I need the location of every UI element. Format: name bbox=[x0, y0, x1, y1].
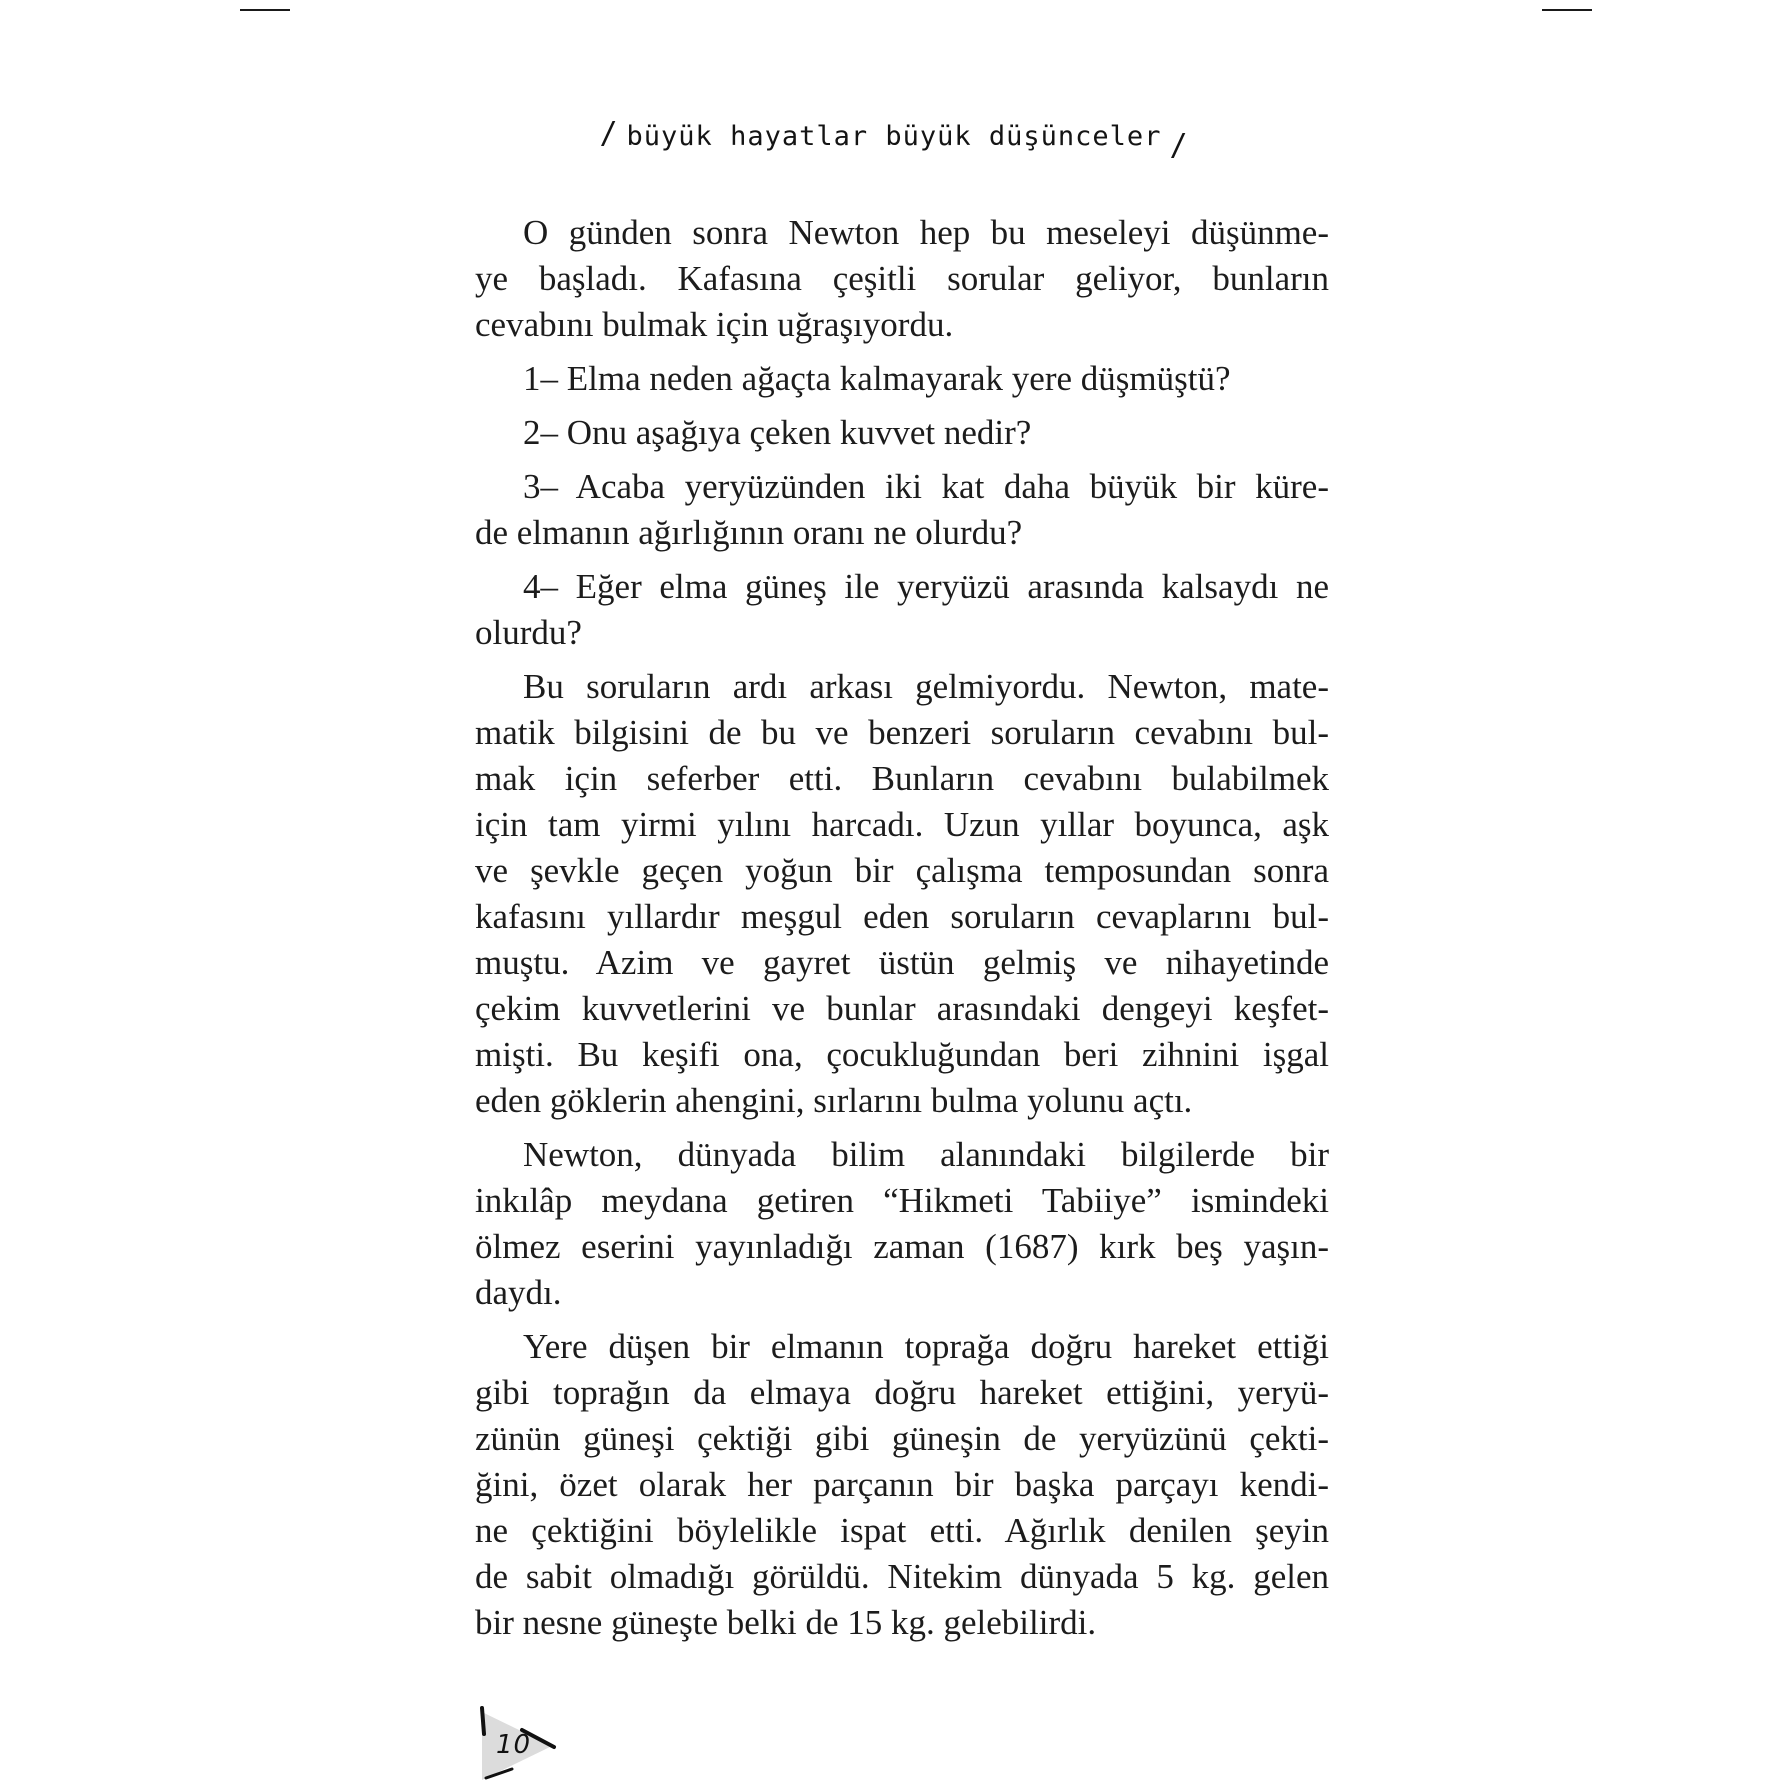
text-line: gibi toprağın da elmaya doğru hareket et… bbox=[475, 1370, 1329, 1416]
text-line: muştu. Azim ve gayret üstün gelmiş ve ni… bbox=[475, 940, 1329, 986]
text-line: 1– Elma neden ağaçta kalmayarak yere düş… bbox=[475, 356, 1329, 402]
text-line: cevabını bulmak için uğraşıyordu. bbox=[475, 302, 1329, 348]
running-header-title: büyük hayatlar büyük düşünceler bbox=[627, 121, 1162, 152]
text-line: 3– Acaba yeryüzünden iki kat daha büyük … bbox=[475, 464, 1329, 510]
text-line: için tam yirmi yılını harcadı. Uzun yıll… bbox=[475, 802, 1329, 848]
crop-mark-left bbox=[240, 9, 290, 11]
text-line: Yere düşen bir elmanın toprağa doğru har… bbox=[475, 1324, 1329, 1370]
page-number: 10 bbox=[496, 1730, 531, 1760]
paragraph: 4– Eğer elma güneş ile yeryüzü arasında … bbox=[475, 564, 1329, 656]
text-line: mişti. Bu keşifi ona, çocukluğundan beri… bbox=[475, 1032, 1329, 1078]
text-line: çekim kuvvetlerini ve bunlar arasındaki … bbox=[475, 986, 1329, 1032]
paragraph: 1– Elma neden ağaçta kalmayarak yere düş… bbox=[475, 356, 1329, 402]
paragraph: 2– Onu aşağıya çeken kuvvet nedir? bbox=[475, 410, 1329, 456]
paragraph: Bu soruların ardı arkası gelmiyordu. New… bbox=[475, 664, 1329, 1124]
text-line: ölmez eserini yayınladığı zaman (1687) k… bbox=[475, 1224, 1329, 1270]
paragraph: Newton, dünyada bilim alanındaki bilgile… bbox=[475, 1132, 1329, 1316]
text-line: de sabit olmadığı görüldü. Nitekim dünya… bbox=[475, 1554, 1329, 1600]
text-line: 4– Eğer elma güneş ile yeryüzü arasında … bbox=[475, 564, 1329, 610]
text-line: bir nesne güneşte belki de 15 kg. gelebi… bbox=[475, 1600, 1329, 1646]
text-line: 2– Onu aşağıya çeken kuvvet nedir? bbox=[475, 410, 1329, 456]
text-line: inkılâp meydana getiren “Hikmeti Tabiiye… bbox=[475, 1178, 1329, 1224]
text-line: olurdu? bbox=[475, 610, 1329, 656]
text-line: daydı. bbox=[475, 1270, 1329, 1316]
page-number-badge: 10 bbox=[474, 1706, 564, 1786]
text-line: ve şevkle geçen yoğun bir çalışma tempos… bbox=[475, 848, 1329, 894]
running-header: /büyük hayatlar büyük düşünceler/ bbox=[0, 118, 1788, 153]
text-line: ye başladı. Kafasına çeşitli sorular gel… bbox=[475, 256, 1329, 302]
text-line: zünün güneşi çektiği gibi güneşin de yer… bbox=[475, 1416, 1329, 1462]
text-line: ğini, özet olarak her parçanın bir başka… bbox=[475, 1462, 1329, 1508]
crop-mark-right bbox=[1542, 9, 1592, 11]
paragraph: 3– Acaba yeryüzünden iki kat daha büyük … bbox=[475, 464, 1329, 556]
text-line: eden göklerin ahengini, sırlarını bulma … bbox=[475, 1078, 1329, 1124]
text-line: de elmanın ağırlığının oranı ne olurdu? bbox=[475, 510, 1329, 556]
paragraph: O günden sonra Newton hep bu meseleyi dü… bbox=[475, 210, 1329, 348]
text-line: matik bilgisini de bu ve benzeri sorular… bbox=[475, 710, 1329, 756]
text-line: Newton, dünyada bilim alanındaki bilgile… bbox=[475, 1132, 1329, 1178]
paragraph: Yere düşen bir elmanın toprağa doğru har… bbox=[475, 1324, 1329, 1646]
text-line: ne çektiğini böylelikle ispat etti. Ağır… bbox=[475, 1508, 1329, 1554]
slash-ornament-left: / bbox=[599, 116, 618, 151]
body-text: O günden sonra Newton hep bu meseleyi dü… bbox=[475, 210, 1329, 1654]
text-line: mak için seferber etti. Bunların cevabın… bbox=[475, 756, 1329, 802]
text-line: O günden sonra Newton hep bu meseleyi dü… bbox=[475, 210, 1329, 256]
text-line: kafasını yıllardır meşgul eden soruların… bbox=[475, 894, 1329, 940]
text-line: Bu soruların ardı arkası gelmiyordu. New… bbox=[475, 664, 1329, 710]
slash-ornament-right: / bbox=[1169, 128, 1188, 163]
